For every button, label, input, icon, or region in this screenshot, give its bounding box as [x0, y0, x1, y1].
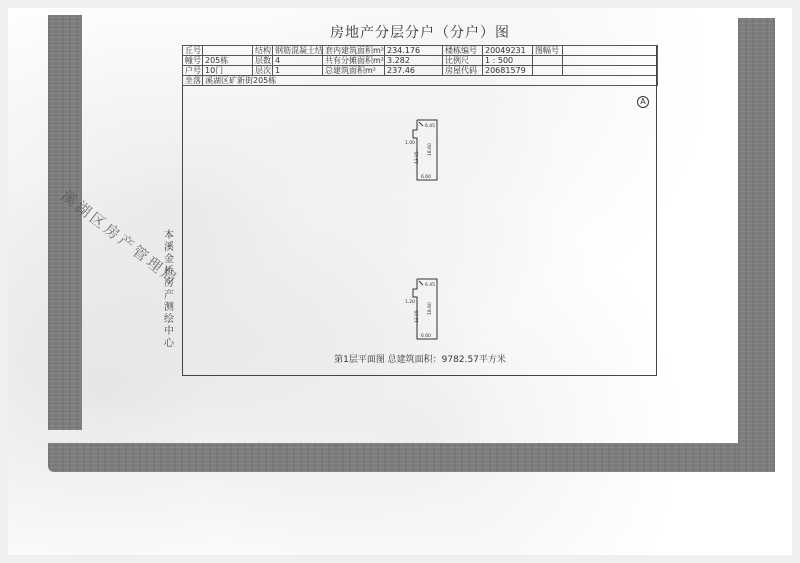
north-arrow-icon: A: [637, 96, 649, 108]
svg-text:1.20: 1.20: [405, 299, 415, 305]
info-label: [533, 66, 563, 76]
scan-border-right: [738, 18, 775, 472]
svg-text:13.05: 13.05: [414, 151, 420, 164]
svg-text:6.45: 6.45: [425, 123, 435, 129]
scan-border-left: [48, 15, 82, 430]
document-title: 房地产分层分户（分户）图: [180, 22, 660, 42]
info-value: 1 : 500: [483, 56, 533, 66]
info-value: 1: [273, 66, 323, 76]
info-label: 套内建筑面积m²: [323, 46, 385, 56]
info-value: 3.282: [385, 56, 443, 66]
info-value: [203, 46, 253, 56]
info-label: 丘号: [183, 46, 203, 56]
info-label: 幢号: [183, 56, 203, 66]
info-label: 层次: [253, 66, 273, 76]
info-table: 丘号结构钢筋混凝土结构套内建筑面积m²234.176楼栋编号20049231图幅…: [182, 45, 658, 86]
svg-text:13.05: 13.05: [414, 310, 420, 323]
info-label: 图幅号: [533, 46, 563, 56]
info-value: 10门: [203, 66, 253, 76]
svg-text:6.60: 6.60: [421, 174, 431, 180]
info-label: 比例尺: [443, 56, 483, 66]
info-label: 户号: [183, 66, 203, 76]
info-label: 结构: [253, 46, 273, 56]
floor-caption: 第1层平面图 总建筑面积：9782.57平方米: [300, 352, 540, 365]
info-row: 户号10门层次1总建筑面积m²237.46房屋代码20681579: [183, 66, 658, 76]
svg-text:6.45: 6.45: [425, 282, 435, 288]
floor-plan-lower: 6.45 1.20 13.05 18.60 6.60: [405, 277, 445, 345]
info-row: 丘号结构钢筋混凝土结构套内建筑面积m²234.176楼栋编号20049231图幅…: [183, 46, 658, 56]
address-label: 坐落: [183, 76, 203, 86]
info-value: 20681579: [483, 66, 533, 76]
address-row: 坐落溪湖区矿新街205栋: [183, 76, 658, 86]
info-value: 205栋: [203, 56, 253, 66]
scan-border-bottom: [48, 443, 770, 472]
info-label: 楼栋编号: [443, 46, 483, 56]
info-value: 237.46: [385, 66, 443, 76]
svg-text:18.60: 18.60: [427, 143, 433, 156]
info-row: 幢号205栋层数4共有分摊面积m²3.282比例尺1 : 500: [183, 56, 658, 66]
info-label: 共有分摊面积m²: [323, 56, 385, 66]
info-label: [533, 56, 563, 66]
address-value: 溪湖区矿新街205栋: [203, 76, 658, 86]
floor-plan-upper: 6.45 1.00 13.05 18.60 6.60: [405, 118, 445, 186]
svg-text:6.60: 6.60: [421, 333, 431, 339]
info-value: 20049231: [483, 46, 533, 56]
info-label: 层数: [253, 56, 273, 66]
info-value: [563, 56, 658, 66]
info-value: 4: [273, 56, 323, 66]
svg-text:1.00: 1.00: [405, 140, 415, 146]
info-label: 房屋代码: [443, 66, 483, 76]
info-value: [563, 46, 658, 56]
info-value: 234.176: [385, 46, 443, 56]
info-label: 总建筑面积m²: [323, 66, 385, 76]
svg-text:18.60: 18.60: [427, 302, 433, 315]
info-value: 钢筋混凝土结构: [273, 46, 323, 56]
info-value: [563, 66, 658, 76]
surveyor-stamp: 本溪金桥房产测绘中心: [163, 230, 175, 350]
